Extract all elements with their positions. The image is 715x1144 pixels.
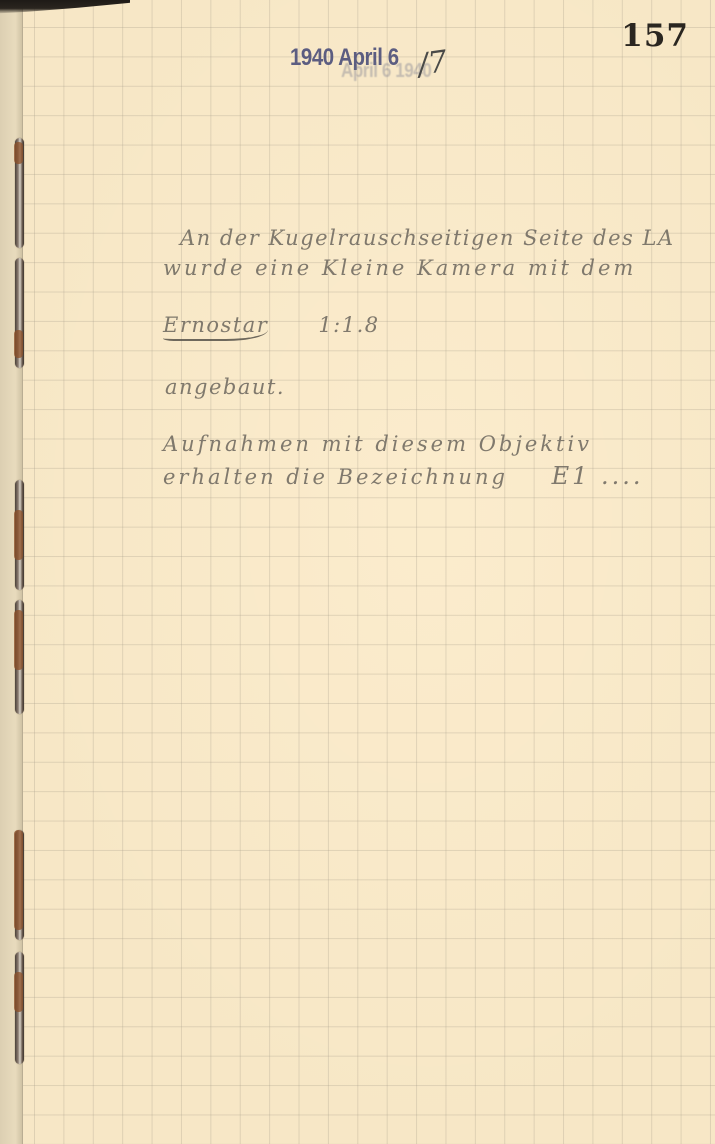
stamp-fraction-handwritten: /7 — [416, 44, 450, 83]
notebook-page: 157 1940 April 6 April 6 1940 /7 An der … — [0, 0, 715, 1144]
staple-icon — [15, 952, 24, 1064]
staple-icon — [15, 830, 24, 940]
page-number: 157 — [621, 18, 689, 54]
staple-icon — [15, 480, 24, 590]
staple-icon — [15, 138, 24, 248]
handwriting-line-4: angebaut. — [165, 375, 285, 399]
date-stamp: 1940 April 6 April 6 1940 — [290, 44, 399, 72]
handwriting-line-3: Ernostar1:1.8 — [163, 313, 380, 337]
lens-name-underlined: Ernostar — [163, 313, 268, 341]
handwriting-line-2: wurde eine Kleine Kamera mit dem — [163, 256, 636, 280]
handwriting-line-1: An der Kugelrauschseitigen Seite des LA — [180, 226, 675, 250]
graph-paper-grid — [22, 0, 715, 1144]
designation-text: erhalten die Bezeichnung — [163, 465, 508, 489]
aperture-ratio: 1:1.8 — [318, 313, 379, 337]
designation-code: E1 .... — [552, 462, 644, 490]
staple-icon — [15, 600, 24, 714]
handwriting-line-6: erhalten die Bezeichnung E1 .... — [163, 462, 644, 490]
handwriting-line-5: Aufnahmen mit diesem Objektiv — [163, 432, 592, 456]
staple-icon — [15, 258, 24, 368]
